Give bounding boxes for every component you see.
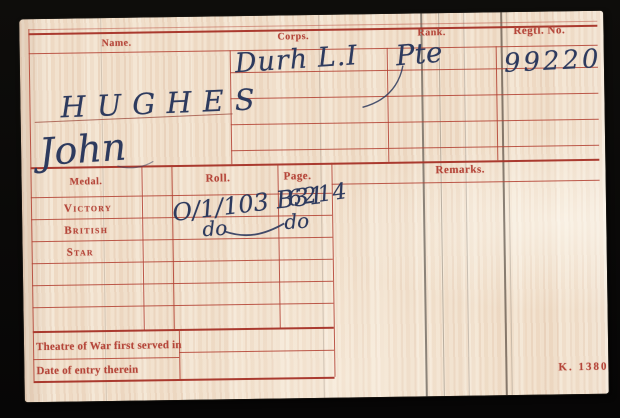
scan-background: Name. Corps. Rank. Regtl. No. Medal. Rol… (0, 0, 620, 418)
corps-column-label: Corps. (277, 31, 309, 42)
column-rule-corps-rank (387, 48, 390, 162)
column-rule-rank-regtl (496, 46, 499, 160)
form-number: K. 1380 (558, 361, 608, 374)
medal-column-label: Medal. (70, 176, 103, 187)
card-left-border-rule (28, 29, 34, 381)
rank-value: Pte (395, 39, 444, 71)
grid-rule (230, 93, 598, 99)
fold-line (463, 13, 470, 396)
forename-value: John (38, 128, 127, 172)
name-column-label: Name. (101, 38, 131, 49)
grid-rule (28, 25, 597, 35)
medal-row-british-label: British (64, 224, 108, 237)
grid-rule (32, 259, 333, 264)
grid-rule (31, 237, 332, 242)
page-column-label: Page. (283, 170, 311, 182)
grid-rule (32, 281, 333, 286)
roll-ditto-value: do (202, 218, 228, 240)
regtl-no-value: 99220 (503, 46, 602, 77)
medal-row-star-label: Star (67, 246, 94, 258)
grid-rule (33, 327, 334, 333)
fold-line (438, 13, 445, 396)
page-value: 6214 (287, 181, 349, 211)
column-rule-theatre (179, 329, 181, 379)
corps-value: Durh L.I (234, 42, 359, 77)
grid-rule (231, 119, 599, 125)
medal-row-victory-label: Victory (64, 202, 112, 215)
medal-index-card: Name. Corps. Rank. Regtl. No. Medal. Rol… (19, 11, 609, 403)
regtl-no-column-label: Regtl. No. (513, 24, 565, 37)
remarks-column-label: Remarks. (435, 163, 485, 176)
roll-column-label: Roll. (205, 172, 230, 184)
grid-rule (32, 303, 333, 308)
theatre-answer-rule (179, 350, 334, 353)
date-of-entry-label: Date of entry therein (36, 364, 138, 378)
grid-rule (231, 145, 599, 151)
page-ditto-value: do (284, 210, 310, 232)
theatre-of-war-label: Theatre of War first served in (36, 339, 182, 353)
grid-rule (34, 377, 335, 383)
fold-line (420, 13, 428, 396)
